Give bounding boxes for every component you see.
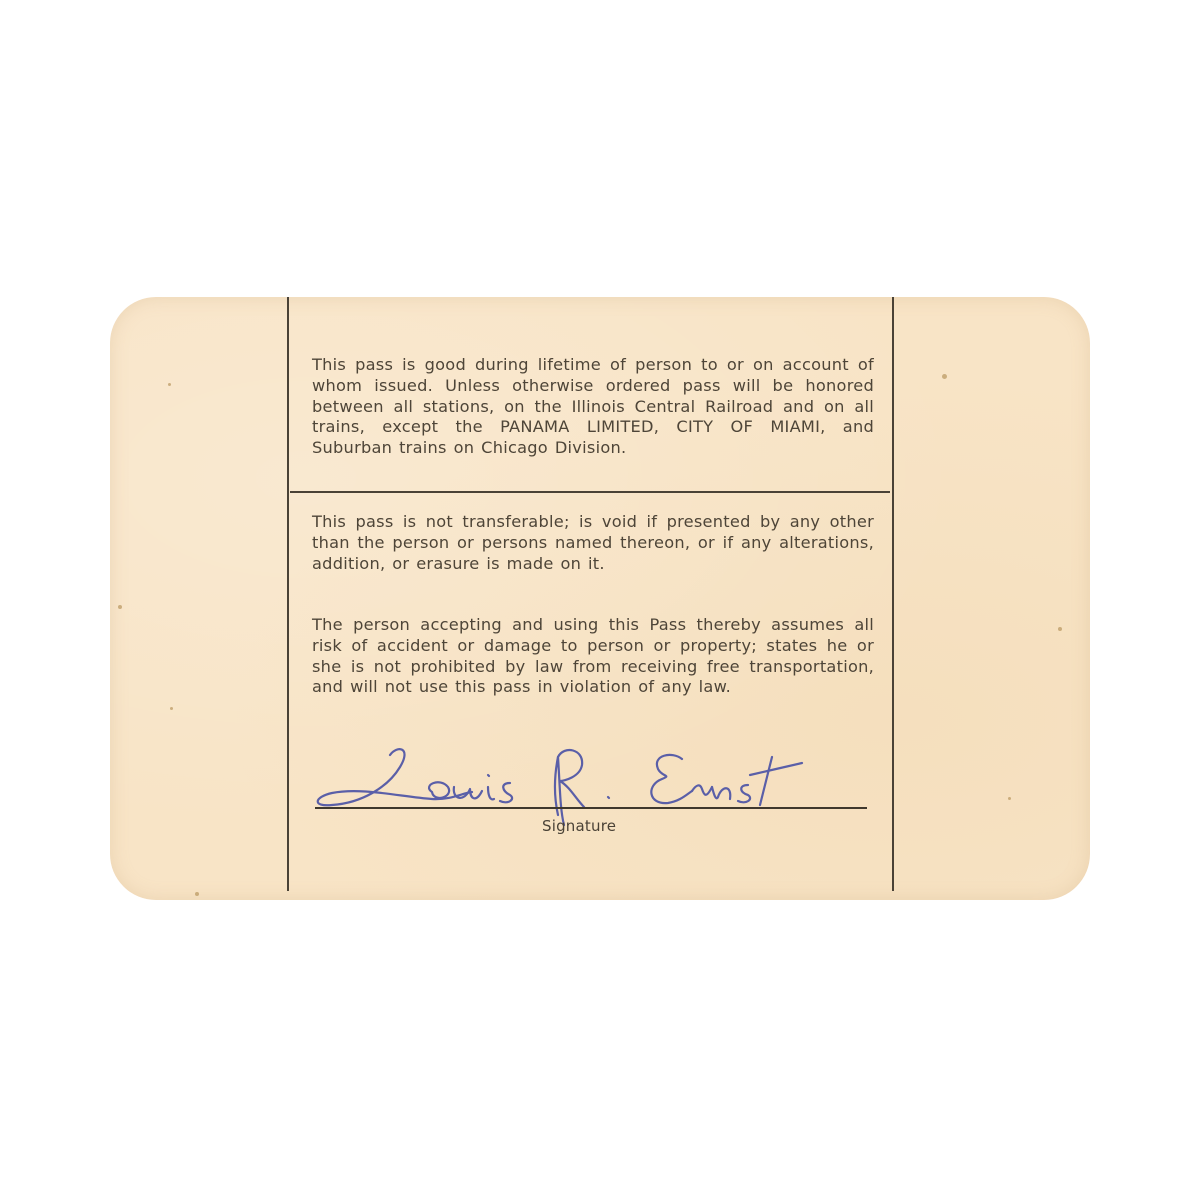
liability-paragraph: The person accepting and using this Pass… <box>312 615 874 698</box>
validity-paragraph: This pass is good during lifetime of per… <box>312 355 874 459</box>
railroad-pass-card: This pass is good during lifetime of per… <box>110 297 1090 900</box>
left-vertical-rule <box>287 297 289 891</box>
signature-area: Louis R. Ernst Signature <box>302 737 882 847</box>
paper-speck <box>168 383 171 386</box>
paper-speck <box>1008 797 1011 800</box>
paper-speck <box>195 892 199 896</box>
right-vertical-rule <box>892 297 894 891</box>
paper-speck <box>942 374 947 379</box>
non-transferable-paragraph: This pass is not transferable; is void i… <box>312 512 874 574</box>
signature-label: Signature <box>542 817 616 835</box>
section-divider <box>290 491 890 493</box>
signature-line <box>315 807 867 809</box>
paper-speck <box>118 605 122 609</box>
paper-speck <box>1058 627 1062 631</box>
paper-speck <box>170 707 173 710</box>
page: This pass is good during lifetime of per… <box>0 0 1200 1200</box>
